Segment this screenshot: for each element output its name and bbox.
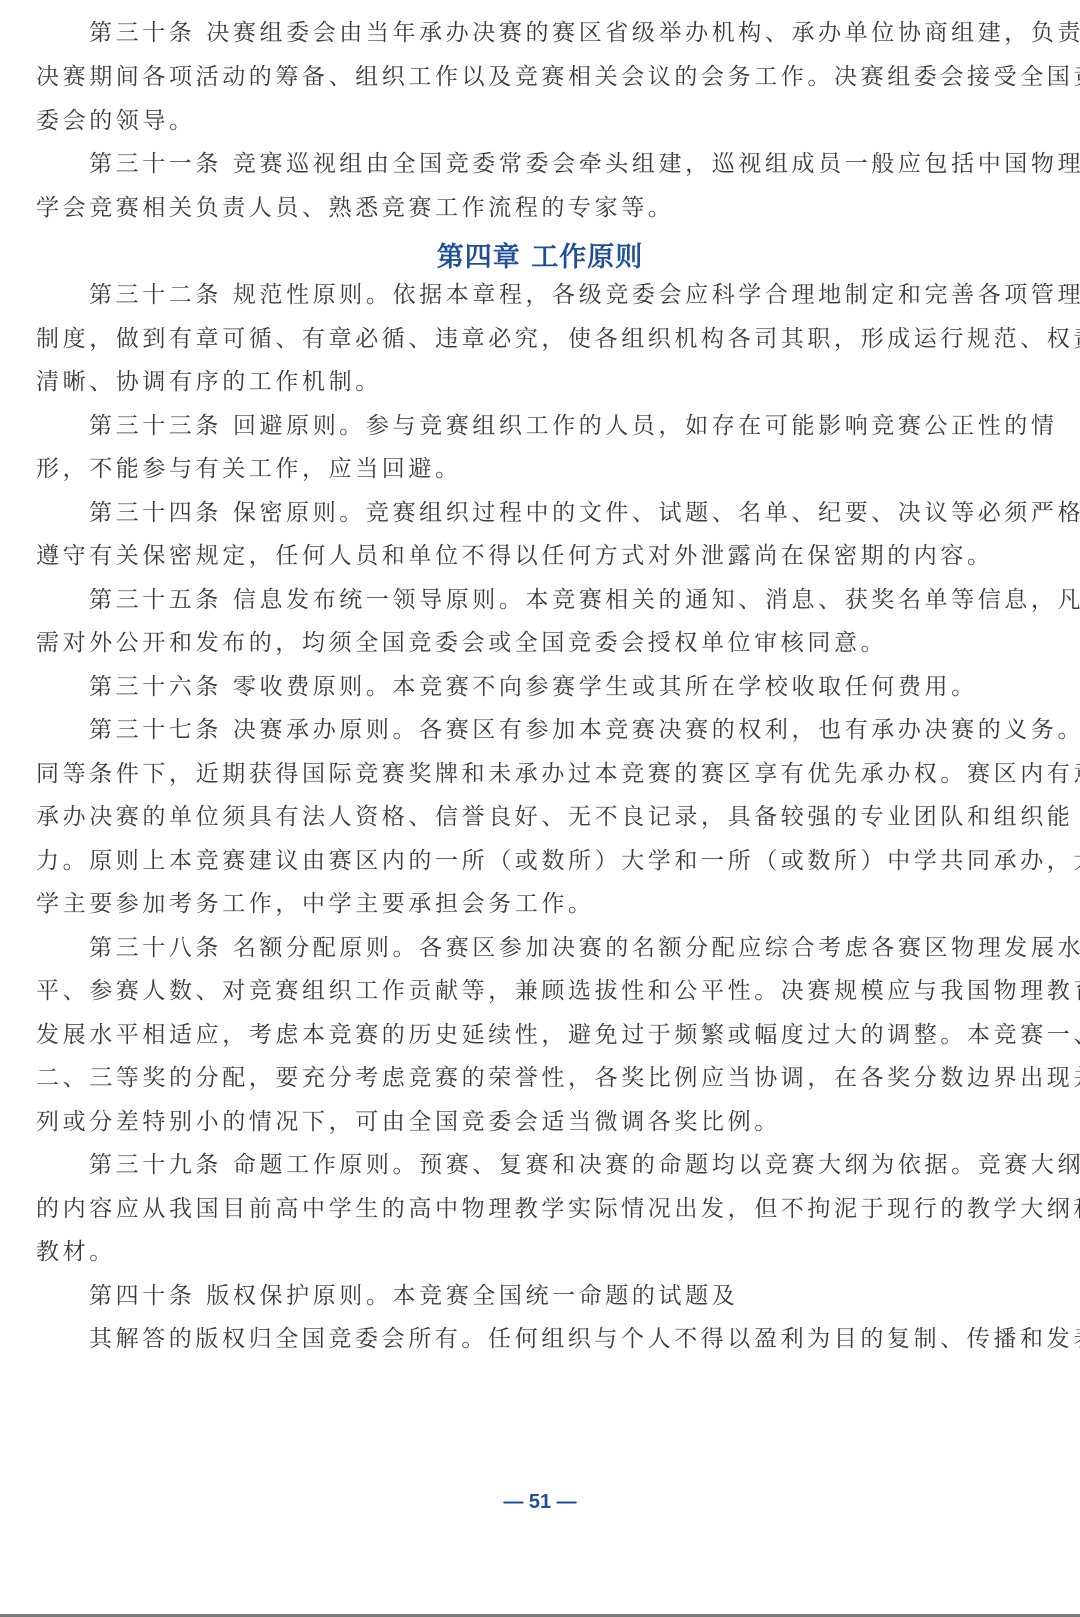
paragraph-line: 第三十八条 名额分配原则。各赛区参加决赛的名额分配应综合考虑各赛区物理发展水	[89, 926, 1008, 970]
paragraph-line: 第四十条 版权保护原则。本竞赛全国统一命题的试题及	[89, 1274, 1008, 1318]
paragraph-line: 决赛期间各项活动的筹备、组织工作以及竞赛相关会议的会务工作。决赛组委会接受全国竞	[36, 55, 1008, 99]
paragraph-line: 承办决赛的单位须具有法人资格、信誉良好、无不良记录，具备较强的专业团队和组织能	[36, 795, 1008, 839]
paragraph-line: 需对外公开和发布的，均须全国竞委会或全国竞委会授权单位审核同意。	[36, 621, 1008, 665]
paragraph-line: 教材。	[36, 1230, 1008, 1274]
paragraph-line: 委会的领导。	[36, 99, 1008, 143]
paragraph-line: 形，不能参与有关工作，应当回避。	[36, 447, 1008, 491]
paragraph-line: 第三十二条 规范性原则。依据本章程，各级竞委会应科学合理地制定和完善各项管理	[89, 273, 1008, 317]
paragraph-line: 列或分差特别小的情况下，可由全国竞委会适当微调各奖比例。	[36, 1100, 1008, 1144]
page-number: — 51 —	[0, 1486, 1080, 1518]
paragraph-line: 其解答的版权归全国竞委会所有。任何组织与个人不得以盈利为目的复制、传播和发表	[89, 1317, 1008, 1361]
document-page: 第三十条 决赛组委会由当年承办决赛的赛区省级举办机构、承办单位协商组建，负责 决…	[0, 0, 1080, 1617]
paragraph-line: 第三十一条 竞赛巡视组由全国竞委常委会牵头组建，巡视组成员一般应包括中国物理	[89, 142, 1008, 186]
paragraph-line: 第三十四条 保密原则。竞赛组织过程中的文件、试题、名单、纪要、决议等必须严格	[89, 491, 1008, 535]
paragraph-line: 第三十五条 信息发布统一领导原则。本竞赛相关的通知、消息、获奖名单等信息，凡	[89, 578, 1008, 622]
paragraph-line: 第三十七条 决赛承办原则。各赛区有参加本竞赛决赛的权利，也有承办决赛的义务。	[89, 708, 1008, 752]
paragraph-line: 的内容应从我国目前高中学生的高中物理教学实际情况出发，但不拘泥于现行的教学大纲和	[36, 1187, 1008, 1231]
paragraph-line: 二、三等奖的分配，要充分考虑竞赛的荣誉性，各奖比例应当协调，在各奖分数边界出现并	[36, 1056, 1008, 1100]
paragraph-line: 第三十三条 回避原则。参与竞赛组织工作的人员，如存在可能影响竞赛公正性的情	[89, 404, 1008, 448]
paragraph-line: 学会竞赛相关负责人员、熟悉竞赛工作流程的专家等。	[36, 186, 1008, 230]
paragraph-line: 制度，做到有章可循、有章必循、违章必究，使各组织机构各司其职，形成运行规范、权责	[36, 317, 1008, 361]
paragraph-line: 清晰、协调有序的工作机制。	[36, 360, 1008, 404]
paragraph-line: 第三十条 决赛组委会由当年承办决赛的赛区省级举办机构、承办单位协商组建，负责	[89, 11, 1008, 55]
paragraph-line: 发展水平相适应，考虑本竞赛的历史延续性，避免过于频繁或幅度过大的调整。本竞赛一、	[36, 1013, 1008, 1057]
paragraph-line: 学主要参加考务工作，中学主要承担会务工作。	[36, 882, 1008, 926]
paragraph-line: 第三十六条 零收费原则。本竞赛不向参赛学生或其所在学校收取任何费用。	[89, 665, 1008, 709]
paragraph-line: 力。原则上本竞赛建议由赛区内的一所（或数所）大学和一所（或数所）中学共同承办，大	[36, 839, 1008, 883]
paragraph-line: 同等条件下，近期获得国际竞赛奖牌和未承办过本竞赛的赛区享有优先承办权。赛区内有意	[36, 752, 1008, 796]
paragraph-line: 遵守有关保密规定，任何人员和单位不得以任何方式对外泄露尚在保密期的内容。	[36, 534, 1008, 578]
paragraph-line: 第三十九条 命题工作原则。预赛、复赛和决赛的命题均以竞赛大纲为依据。竞赛大纲	[89, 1143, 1008, 1187]
paragraph-line: 平、参赛人数、对竞赛组织工作贡献等，兼顾选拔性和公平性。决赛规模应与我国物理教育	[36, 969, 1008, 1013]
